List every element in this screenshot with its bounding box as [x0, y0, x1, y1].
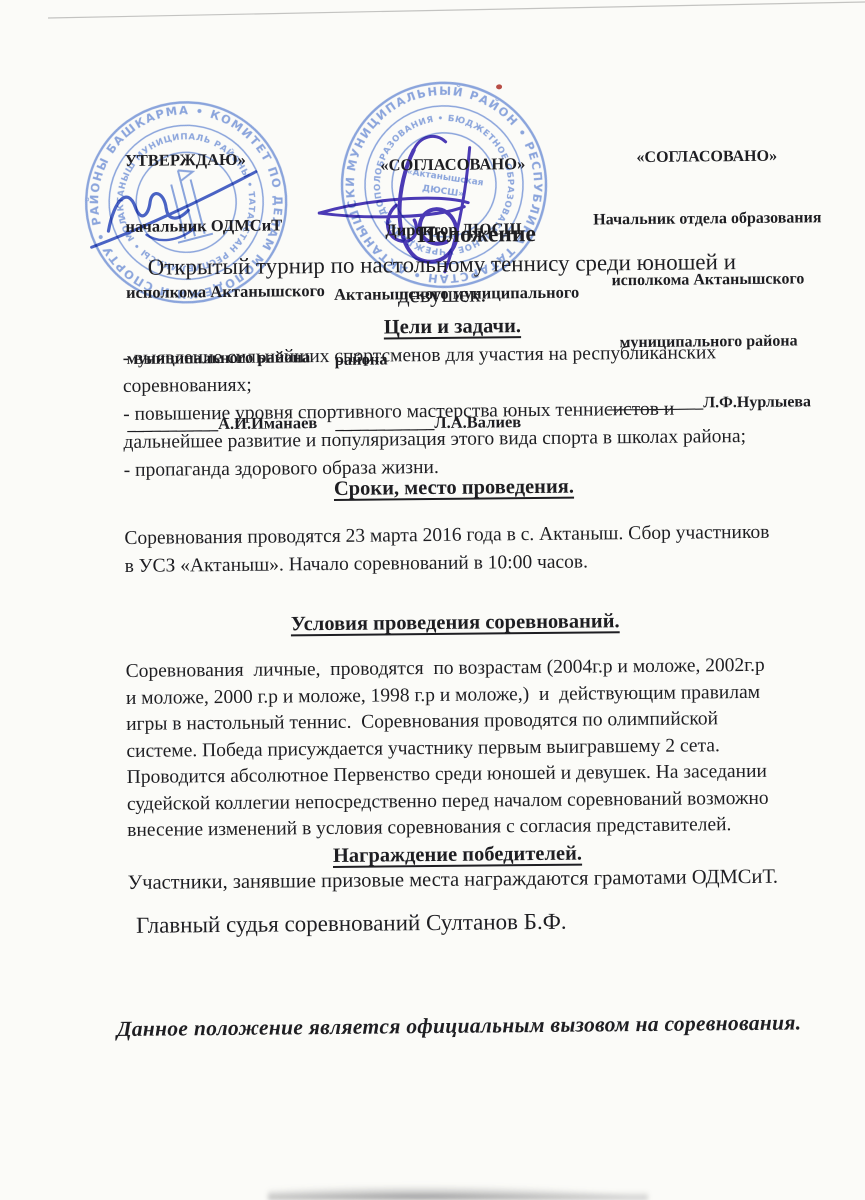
paragraph-line: в УСЗ «Актаныш». Начало соревнований в 1… — [125, 547, 770, 581]
section-goals-paragraph: - выявление сильнейших спортсменов для у… — [123, 339, 747, 485]
scanned-document-page: РАЙОНЫ БАШКАРМА • КОМИТЕТ ПО ДЕЛАМ МОЛОД… — [0, 0, 865, 1200]
official-call-note: Данное положение является официальным вы… — [64, 1010, 854, 1043]
chief-judge-line: Главный судья соревнований Султанов Б.Ф. — [136, 909, 567, 939]
approval-right-title: «СОГЛАСОВАНО» — [556, 146, 858, 169]
paragraph-line: - выявление сильнейших спортсменов для у… — [123, 339, 746, 373]
scan-artifact-bottom-smudge — [268, 1184, 648, 1200]
document-subtitle: Открытый турнир по настольному теннису с… — [52, 246, 833, 313]
paragraph-line: Участники, занявшие призовые места награ… — [128, 866, 779, 895]
section-heading-conditions: Условия проведения соревнований. — [60, 608, 850, 639]
document-content: РАЙОНЫ БАШКАРМА • КОМИТЕТ ПО ДЕЛАМ МОЛОД… — [0, 0, 865, 1200]
paragraph-line: внесение изменений в условия соревновани… — [127, 812, 769, 845]
red-ink-dot — [496, 84, 502, 89]
section-awards-paragraph: Участники, занявшие призовые места награ… — [128, 866, 779, 895]
approval-center-title: «СОГЛАСОВАНО» — [333, 153, 573, 177]
section-timing-paragraph: Соревнования проводятся 23 марта 2016 го… — [124, 519, 770, 581]
approval-left-title: УТВЕРЖДАЮ» — [125, 148, 324, 172]
paragraph-line: дальнейшее развитие и популяризация этог… — [123, 423, 746, 457]
section-conditions-paragraph: Соревнования личные, проводятся по возра… — [126, 653, 769, 845]
